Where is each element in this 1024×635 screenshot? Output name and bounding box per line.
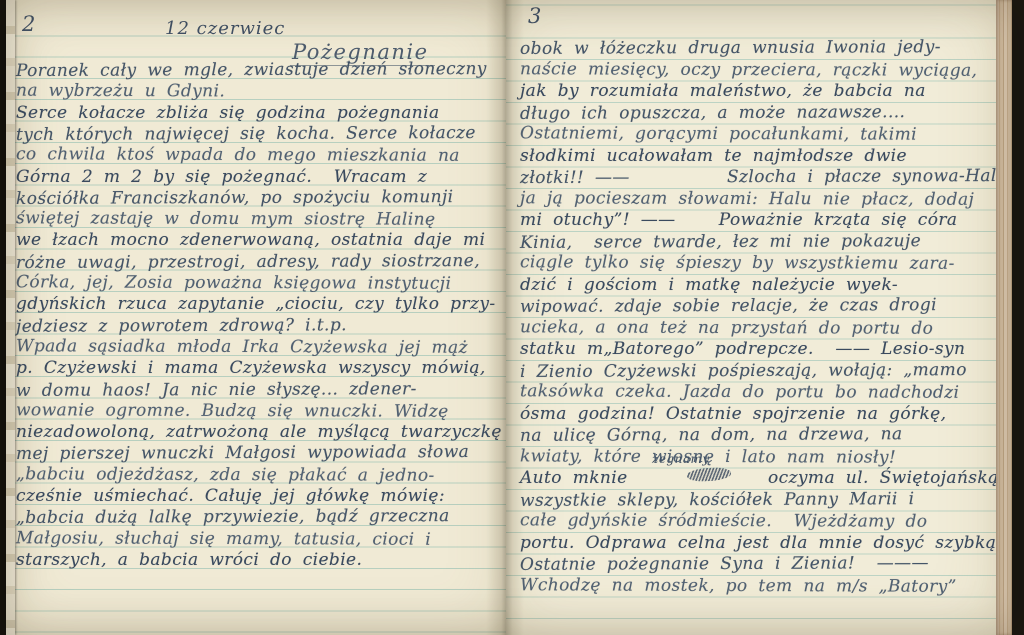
handwritten-line: taksówka czeka. Jazda do portu bo nadcho… [520,381,959,404]
page-number-left: 2 [22,12,35,36]
handwritten-line: świętej zastaję w domu mym siostrę Halin… [16,208,436,230]
handwritten-line: gdyńskich rzuca zapytanie „ciociu, czy t… [16,294,495,315]
handwritten-line: ciągle tylko się śpieszy by wszystkiemu … [520,252,955,275]
handwritten-line: we łzach mocno zdenerwowaną, ostatnia da… [16,230,485,251]
handwritten-line: niezadowoloną, zatrwożoną ale myślącą tw… [16,422,502,443]
handwritten-line: kwiaty, które wiosnę i lato nam niosły! [520,446,896,468]
handwritten-line: obok w łóżeczku druga wnusia Iwonia jedy… [520,37,941,60]
handwritten-line: Córka, jej, Zosia poważna księgowa insty… [16,272,451,295]
handwritten-line: wszystkie sklepy, kościółek Panny Marii … [520,489,914,512]
handwritten-line: na ulicę Górną, na dom, na drzewa, na [520,424,903,447]
scan-edge-left [0,0,6,635]
handwritten-line: ja ją pocieszam słowami: Halu nie płacz,… [520,188,974,211]
handwritten-line: mi otuchy”! —— Poważnie krząta się córa [520,210,957,231]
handwritten-line: Ostatnie pożegnanie Syna i Zienia! ——— [520,553,929,576]
handwritten-line: w domu haos! Ja nic nie słyszę... zdener… [16,379,417,402]
handwritten-line: mej pierszej wnuczki Małgosi wypowiada s… [16,442,469,465]
handwritten-line: kościółka Franciszkanów, po spożyciu kom… [16,187,454,210]
left-page: 2 12 czerwiec Pożegnanie Poranek cały we… [8,0,506,635]
handwritten-line: na wybrzeżu u Gdyni. [16,81,225,103]
handwritten-line: całe gdyńskie śródmieście. Wjeżdżamy do [520,510,927,532]
handwritten-line: tych których najwięcej się kocha. Serce … [16,123,476,146]
handwritten-line: Wchodzę na mostek, po tem na m/s „Batory… [520,575,957,598]
handwritten-line: Wpada sąsiadka młoda Irka Czyżewska jej … [16,336,468,359]
handwritten-line: p. Czyżewski i mama Czyżewska wszyscy mó… [16,358,486,379]
torn-page-edge-left [6,0,15,635]
handwritten-line: różne uwagi, przestrogi, adresy, rady si… [16,251,480,274]
handwritten-line: Górna 2 m 2 by się pożegnać. Wracam z [16,167,427,188]
handwritten-line: Auto mknie oczyma ul. Świętojańską, [520,468,1004,489]
handwritten-line: Poranek cały we mgle, zwiastuje dzień sł… [16,59,487,82]
handwritten-line: „babcia dużą lalkę przywiezie, bądź grze… [16,506,450,529]
scanned-notebook-spread: 2 12 czerwiec Pożegnanie Poranek cały we… [0,0,1024,635]
handwritten-line: złotki!! —— Szlocha i płacze synowa-Hala… [520,166,1013,189]
handwritten-line: co chwila ktoś wpada do mego mieszkania … [16,144,460,167]
handwritten-line: i Zienio Czyżewski pośpieszają, wołają: … [520,360,967,383]
handwritten-line: jedziesz z powrotem zdrową? i.t.p. [16,315,347,337]
handwritten-line: jak by rozumiała maleństwo, że babcia na [520,81,926,102]
handwritten-line: Serce kołacze zbliża się godzina pożegna… [16,103,439,124]
handwritten-line: naście miesięcy, oczy przeciera, rączki … [520,59,977,82]
handwritten-line: statku m„Batorego” podrepcze. —— Lesio-s… [520,339,965,360]
handwritten-line: starszych, a babcia wróci do ciebie. [16,550,362,571]
handwritten-line: Ostatniemi, gorącymi pocałunkami, takimi [520,123,917,145]
handwritten-line: portu. Odprawa celna jest dla mnie dosyć… [520,533,1002,554]
handwritten-line: ósma godzina! Ostatnie spojrzenie na gór… [520,404,946,425]
handwritten-line: wipować. zdaje sobie relacje, że czas dr… [520,295,937,318]
handwritten-line: wowanie ogromne. Budzą się wnuczki. Widz… [16,400,449,423]
handwritten-line: cześnie uśmiechać. Całuję jej główkę mów… [16,486,445,507]
handwritten-line: ucieka, a ona też na przystań do portu d… [520,317,933,339]
handwritten-line: Kinia, serce twarde, łez mi nie pokazuje [520,231,921,254]
binding-gutter-shadow [486,0,524,635]
diary-date: 12 czerwiec [165,18,285,39]
scan-edge-right [1012,0,1024,635]
handwritten-line: dzić i gościom i matkę należycie wyek- [520,275,898,296]
page-number-right: 3 [528,4,541,28]
handwritten-line: słodkimi ucałowałam te najmłodsze dwie [520,146,907,167]
handwritten-line: „babciu odjeżdżasz, zda się płakać a jed… [16,464,435,486]
handwritten-line: Małgosiu, słuchaj się mamy, tatusia, cio… [16,528,431,550]
page-stack-edge-right [996,0,1012,635]
handwritten-line: długo ich opuszcza, a może nazawsze.... [520,102,905,125]
right-page: 3 żegnamy obok w łóżeczku druga wnusia I… [506,0,996,635]
